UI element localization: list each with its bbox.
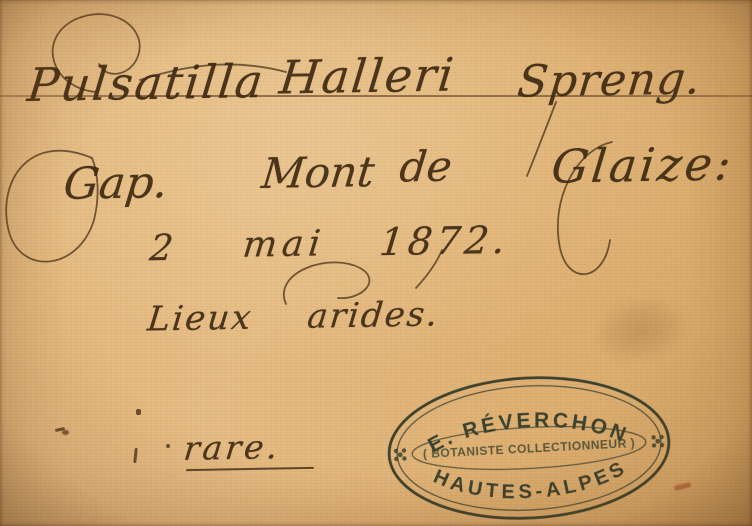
species-author: Spreng. <box>515 53 704 107</box>
species-epithet: Halleri <box>277 47 458 104</box>
ink-dash <box>55 427 65 432</box>
locality-mountain: Glaize: <box>549 136 737 193</box>
locality-word-mont: Mont <box>259 147 377 198</box>
clover-ornament-icon <box>394 448 407 461</box>
ink-dot <box>136 409 141 415</box>
paper-speck <box>62 430 69 435</box>
stamp-bottom-text-curve: HAUTES-ALPES <box>429 455 633 508</box>
paper-smudge-stain <box>586 286 698 373</box>
ink-dot-before-rare <box>166 444 170 448</box>
date-month: mai <box>241 223 328 265</box>
abundance-note: rare. <box>182 427 283 468</box>
herbarium-label-photo: Pulsatilla Halleri Spreng. Gap. Mont de … <box>0 0 752 526</box>
date-year: 1872. <box>378 218 512 264</box>
abundance-underline <box>186 467 314 472</box>
date-day: 2 <box>148 228 175 269</box>
locality-word-de: de <box>397 142 454 192</box>
locality-town: Gap. <box>61 157 170 210</box>
habitat-note: Lieux arides. <box>146 294 442 339</box>
clover-ornament-icon <box>651 435 664 448</box>
collector-stamp: E. RÉVERCHON HAUTES-ALPES ( BOTANISTE CO… <box>379 366 678 526</box>
ink-tick <box>133 448 138 463</box>
species-genus: Pulsatilla <box>25 54 268 112</box>
stamp-region-text: HAUTES-ALPES <box>429 455 633 508</box>
